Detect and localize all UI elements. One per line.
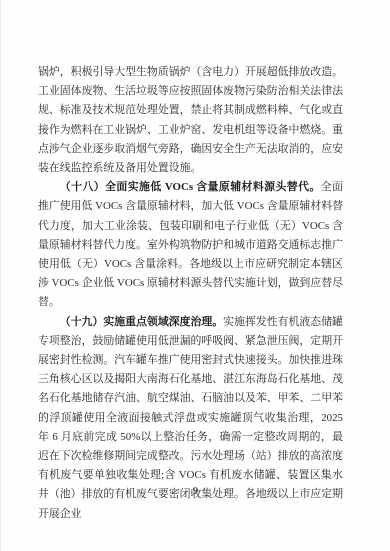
section-heading: （十八）全面实施低 VOCs 含量原辅材料源头替代。: [60, 181, 321, 193]
paragraph-continuation: 锅炉，积极引导大型生物质锅炉（含电力）开展超低排放改造。工业固体废物、生活垃圾等…: [38, 63, 343, 178]
paragraph-section-18: （十八）全面实施低 VOCs 含量原辅材料源头替代。全面推广使用低 VOCs 含…: [38, 178, 343, 312]
page-number: 9: [1, 484, 390, 499]
body-text: 全面推广使用低 VOCs 含量原辅材料，加大低 VOCs 含量原辅材料替代力度，…: [38, 181, 343, 308]
body-text: 锅炉，积极引导大型生物质锅炉（含电力）开展超低排放改造。工业固体废物、生活垃圾等…: [38, 66, 343, 174]
document-page: 锅炉，积极引导大型生物质锅炉（含电力）开展超低排放改造。工业固体废物、生活垃圾等…: [0, 0, 390, 551]
document-body-text: 锅炉，积极引导大型生物质锅炉（含电力）开展超低排放改造。工业固体废物、生活垃圾等…: [38, 63, 343, 524]
section-heading: （十九）实施重点领域深度治理。: [60, 316, 223, 328]
